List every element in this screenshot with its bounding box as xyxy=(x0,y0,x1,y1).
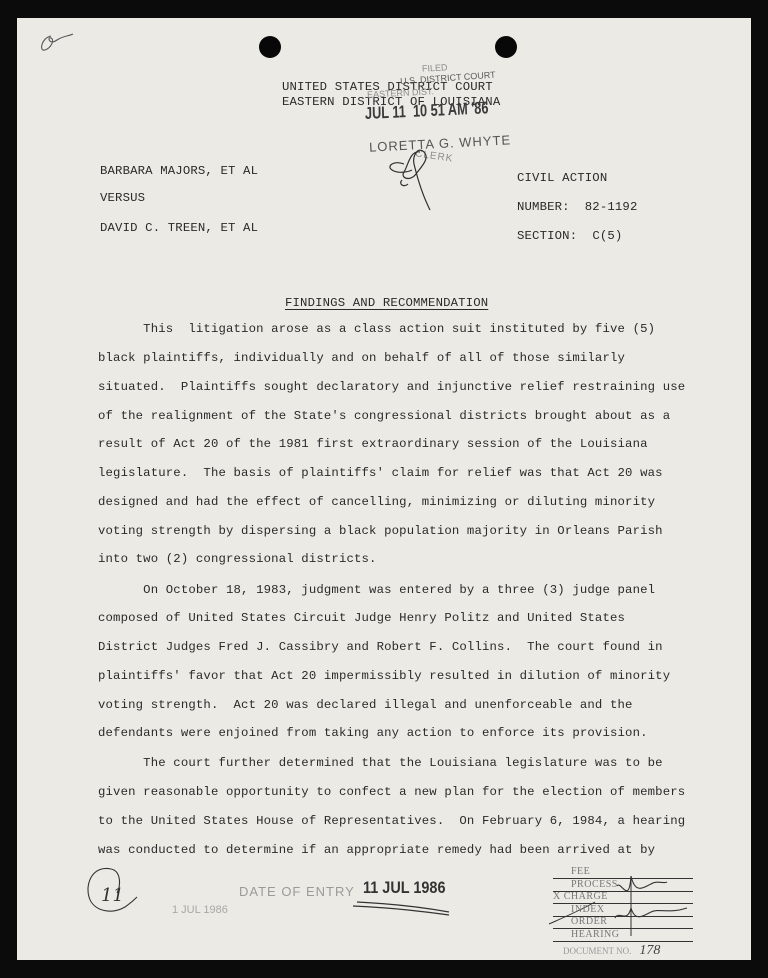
docket-row: INDEX xyxy=(553,904,693,917)
docket-item-label: FEE xyxy=(571,866,590,877)
body-line: plaintiffs' favor that Act 20 impermissi… xyxy=(98,669,670,683)
docket-item-label: INDEX xyxy=(571,904,605,915)
docket-row: HEARING xyxy=(553,929,693,942)
body-line: to the United States House of Representa… xyxy=(98,814,685,828)
case-section-label: SECTION: xyxy=(517,229,577,243)
document-page: UNITED STATES DISTRICT COURT EASTERN DIS… xyxy=(17,18,751,960)
entry-stamp-date: 11 JUL 1986 xyxy=(363,878,445,898)
body-line: result of Act 20 of the 1981 first extra… xyxy=(98,437,648,451)
docket-document-label: DOCUMENT NO. xyxy=(563,946,631,956)
case-number: 82-1192 xyxy=(585,200,638,214)
docket-item-label: HEARING xyxy=(571,929,620,940)
filed-stamp-datetime: JUL 11 10 51 AM '86 xyxy=(365,98,489,124)
case-type: CIVIL ACTION xyxy=(517,171,607,185)
case-number-row: NUMBER: 82-1192 xyxy=(517,200,638,214)
case-section: C(5) xyxy=(592,229,622,243)
body-line: given reasonable opportunity to confect … xyxy=(98,785,685,799)
body-line: On October 18, 1983, judgment was entere… xyxy=(98,583,655,597)
clerk-signature xyxy=(382,146,457,221)
body-line: designed and had the effect of cancellin… xyxy=(98,495,655,509)
docket-row: ORDER xyxy=(553,916,693,929)
margin-handwriting xyxy=(37,28,77,63)
punch-hole-left xyxy=(259,36,281,58)
versus-label: VERSUS xyxy=(100,191,145,205)
body-line: voting strength by dispersing a black po… xyxy=(98,524,663,538)
circled-page-number: 11 xyxy=(81,863,141,923)
body-line: was conducted to determine if an appropr… xyxy=(98,843,655,857)
docket-item-label: ORDER xyxy=(571,916,607,927)
entry-stamp-underline xyxy=(317,898,457,923)
entry-stamp-label: DATE OF ENTRY xyxy=(239,884,355,899)
docket-stamp-box: FEEPROCESSX CHARGEINDEXORDERHEARINGDOCUM… xyxy=(547,866,697,958)
docket-document-number: 178 xyxy=(639,943,660,958)
body-line: situated. Plaintiffs sought declaratory … xyxy=(98,380,685,394)
body-line: This litigation arose as a class action … xyxy=(98,322,655,336)
case-number-label: NUMBER: xyxy=(517,200,570,214)
body-line: District Judges Fred J. Cassibry and Rob… xyxy=(98,640,663,654)
docket-item-label: X CHARGE xyxy=(553,891,608,902)
body-line: voting strength. Act 20 was declared ill… xyxy=(98,698,633,712)
body-line: of the realignment of the State's congre… xyxy=(98,409,670,423)
body-line: black plaintiffs, individually and on be… xyxy=(98,351,625,365)
docket-item-label: PROCESS xyxy=(571,879,618,890)
body-line: The court further determined that the Lo… xyxy=(98,756,663,770)
body-line: defendants were enjoined from taking any… xyxy=(98,726,648,740)
case-section-row: SECTION: C(5) xyxy=(517,229,622,243)
body-line: legislature. The basis of plaintiffs' cl… xyxy=(98,466,663,480)
punch-hole-right xyxy=(495,36,517,58)
body-line: composed of United States Circuit Judge … xyxy=(98,611,625,625)
docket-row: PROCESS xyxy=(553,879,693,892)
document-title: FINDINGS AND RECOMMENDATION xyxy=(285,296,488,310)
docket-document-number-row: DOCUMENT NO.178 xyxy=(563,943,660,959)
docket-row: X CHARGE xyxy=(553,891,693,904)
docket-row: FEE xyxy=(553,866,693,879)
filed-stamp-label: FILED xyxy=(422,62,448,73)
defendant-name: DAVID C. TREEN, ET AL xyxy=(100,221,258,235)
faint-date-stamp: 1 JUL 1986 xyxy=(172,904,228,916)
body-line: into two (2) congressional districts. xyxy=(98,552,377,566)
plaintiff-name: BARBARA MAJORS, ET AL xyxy=(100,164,258,178)
svg-text:11: 11 xyxy=(101,885,124,906)
